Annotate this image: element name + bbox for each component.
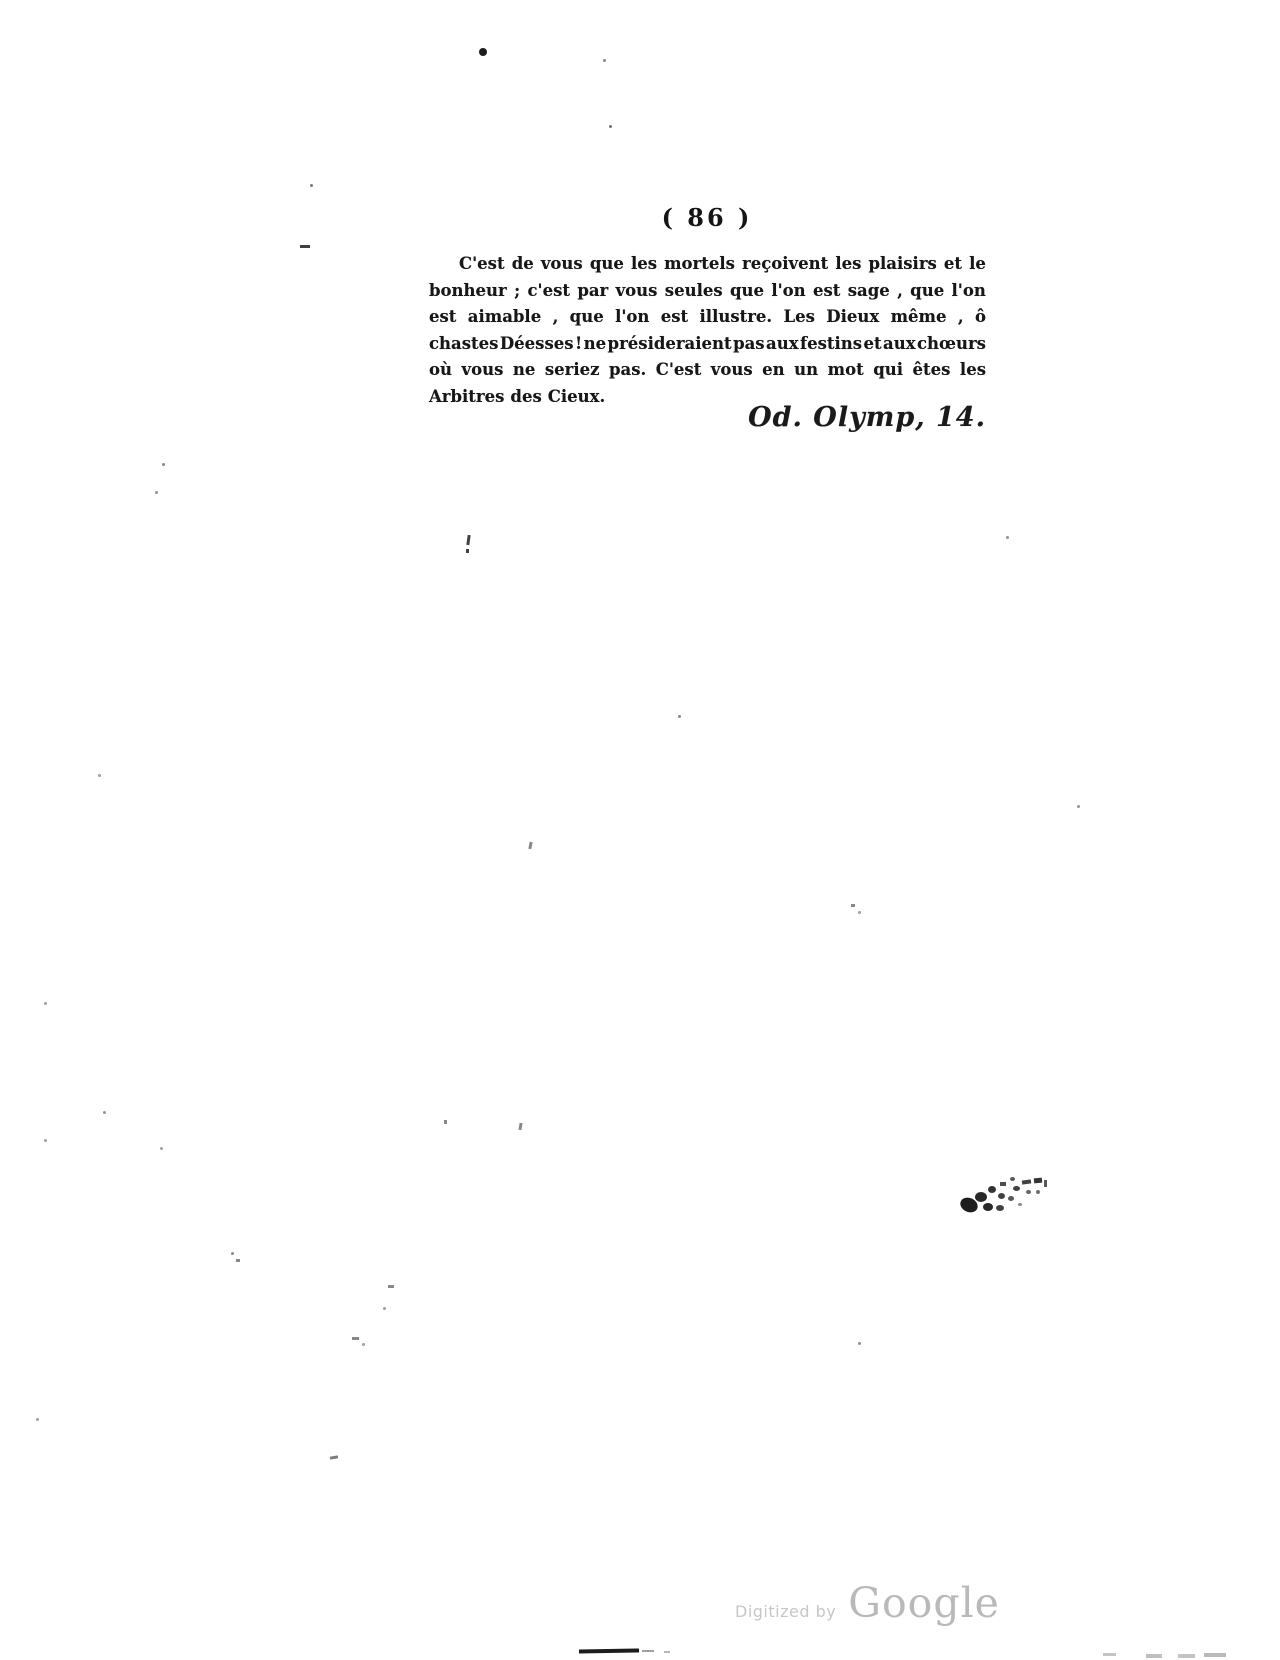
word: et — [863, 331, 881, 358]
ink-speck — [44, 1139, 47, 1142]
word: seules — [665, 278, 723, 305]
edge-bar — [579, 1648, 639, 1653]
word: est — [661, 304, 688, 331]
edge-mark — [1204, 1653, 1226, 1657]
word: reçoivent — [742, 251, 828, 278]
word: présideraient — [608, 331, 732, 358]
word: est — [429, 304, 456, 331]
word: vous — [711, 357, 753, 384]
text-line: oùvousneseriezpas.C'estvousenunmotquiête… — [429, 357, 986, 384]
word: l'on — [615, 304, 649, 331]
word: où — [429, 357, 452, 384]
ink-speck — [466, 549, 469, 553]
text-line: bonheur;c'estparvousseulesquel'onestsage… — [429, 278, 986, 305]
text-line: chastesDéesses!neprésideraientpasauxfest… — [429, 331, 986, 358]
watermark: Digitized by Google — [735, 1583, 1000, 1624]
ink-speck — [1077, 805, 1080, 808]
word: chœurs — [917, 331, 986, 358]
word: vous — [541, 251, 583, 278]
ink-smudge-dot — [1010, 1177, 1015, 1181]
word: mortels — [664, 251, 735, 278]
word: aimable — [468, 304, 541, 331]
word: C'est — [656, 357, 702, 384]
word: que — [910, 278, 944, 305]
word: ; — [514, 278, 520, 305]
ink-smudge-dot — [1000, 1182, 1006, 1186]
ink-dash — [300, 245, 310, 248]
ink-smudge-dot — [1044, 1180, 1047, 1187]
ink-smudge-blob — [975, 1192, 987, 1202]
word: chastes — [429, 331, 498, 358]
ink-speck — [231, 1252, 234, 1255]
word: Dieux — [826, 304, 879, 331]
word: les — [835, 251, 861, 278]
page-number: ( 86 ) — [428, 203, 986, 232]
ink-speck — [858, 1342, 861, 1345]
word: ô — [975, 304, 986, 331]
word: Les — [784, 304, 815, 331]
word: pas — [733, 331, 765, 358]
word: , — [958, 304, 964, 331]
ink-smudge-dot — [1022, 1179, 1031, 1184]
word: pas. — [609, 357, 646, 384]
ink-smudge-dot — [1013, 1186, 1020, 1191]
word: que — [730, 278, 764, 305]
word: aux — [883, 331, 916, 358]
ink-speck — [98, 774, 101, 777]
ink-smudge-dot — [1018, 1203, 1022, 1206]
word: , — [553, 304, 559, 331]
word: illustre. — [700, 304, 773, 331]
ink-speck — [44, 1002, 47, 1005]
body-paragraph: C'estdevousquelesmortelsreçoiventlesplai… — [429, 251, 986, 410]
word: plaisirs — [869, 251, 937, 278]
word: qui — [873, 357, 903, 384]
word: de — [512, 251, 534, 278]
word: êtes — [913, 357, 951, 384]
ink-speck — [103, 1111, 106, 1114]
word: un — [794, 357, 818, 384]
ink-dash — [352, 1337, 359, 1340]
edge-bar — [642, 1650, 654, 1652]
word: vous — [462, 357, 504, 384]
word: seriez — [545, 357, 600, 384]
word: même — [891, 304, 947, 331]
edge-mark — [1103, 1653, 1116, 1656]
google-logo: Google — [848, 1583, 1000, 1624]
citation: Od. Olymp, 14. — [429, 402, 986, 433]
word: en — [762, 357, 785, 384]
ink-speck — [362, 1343, 365, 1346]
ink-speck — [310, 184, 313, 187]
word: bonheur — [429, 278, 507, 305]
ink-dot — [479, 48, 487, 56]
ink-mark — [528, 842, 532, 849]
ink-speck — [160, 1147, 163, 1150]
text-line: C'estdevousquelesmortelsreçoiventlesplai… — [429, 251, 986, 278]
edge-bar — [664, 1651, 670, 1653]
ink-speck — [444, 1120, 447, 1124]
word: et — [944, 251, 962, 278]
word: est — [813, 278, 840, 305]
ink-speck — [1006, 536, 1009, 539]
ink-speck — [236, 1259, 240, 1262]
scanned-page: ( 86 ) C'estdevousquelesmortelsreçoivent… — [0, 0, 1280, 1660]
ink-speck — [609, 125, 612, 128]
ink-smudge-blob — [983, 1203, 993, 1211]
ink-speck — [851, 904, 855, 907]
word: par — [577, 278, 608, 305]
scan-artifact-layer — [0, 0, 1280, 1660]
ink-speck — [858, 911, 861, 914]
ink-speck — [678, 715, 681, 718]
word: les — [631, 251, 657, 278]
ink-speck — [36, 1418, 39, 1421]
ink-mark — [466, 535, 470, 545]
word: ne — [584, 331, 607, 358]
ink-dash — [330, 1455, 338, 1459]
edge-mark — [1178, 1654, 1195, 1658]
word: ! — [575, 331, 582, 358]
word: sage — [848, 278, 890, 305]
edge-mark — [1146, 1654, 1162, 1658]
word: c'est — [527, 278, 570, 305]
word: aux — [766, 331, 799, 358]
word: que — [570, 304, 604, 331]
word: mot — [828, 357, 864, 384]
word: Déesses — [500, 331, 574, 358]
word: l'on — [952, 278, 986, 305]
word: les — [960, 357, 986, 384]
word: le — [969, 251, 986, 278]
ink-smudge-blob — [958, 1195, 980, 1215]
word: C'est — [459, 251, 505, 278]
ink-speck — [155, 491, 158, 494]
ink-smudge-dot — [1034, 1178, 1042, 1184]
ink-smudge-dot — [1008, 1196, 1014, 1201]
ink-smudge-blob — [988, 1186, 996, 1193]
digitized-by-label: Digitized by — [735, 1602, 836, 1621]
ink-speck — [162, 463, 165, 466]
word: festins — [800, 331, 862, 358]
ink-mark — [518, 1123, 522, 1130]
word: , — [897, 278, 903, 305]
ink-smudge-dot — [1026, 1190, 1031, 1194]
word: que — [590, 251, 624, 278]
word: l'on — [771, 278, 805, 305]
ink-speck — [603, 59, 606, 62]
ink-dash — [388, 1285, 394, 1288]
ink-smudge-blob — [998, 1193, 1005, 1199]
ink-smudge-dot — [1036, 1190, 1040, 1194]
word: ne — [513, 357, 536, 384]
ink-speck — [383, 1307, 386, 1310]
text-line: estaimable,quel'onestillustre.LesDieuxmê… — [429, 304, 986, 331]
ink-smudge-blob — [996, 1205, 1004, 1211]
word: vous — [616, 278, 658, 305]
